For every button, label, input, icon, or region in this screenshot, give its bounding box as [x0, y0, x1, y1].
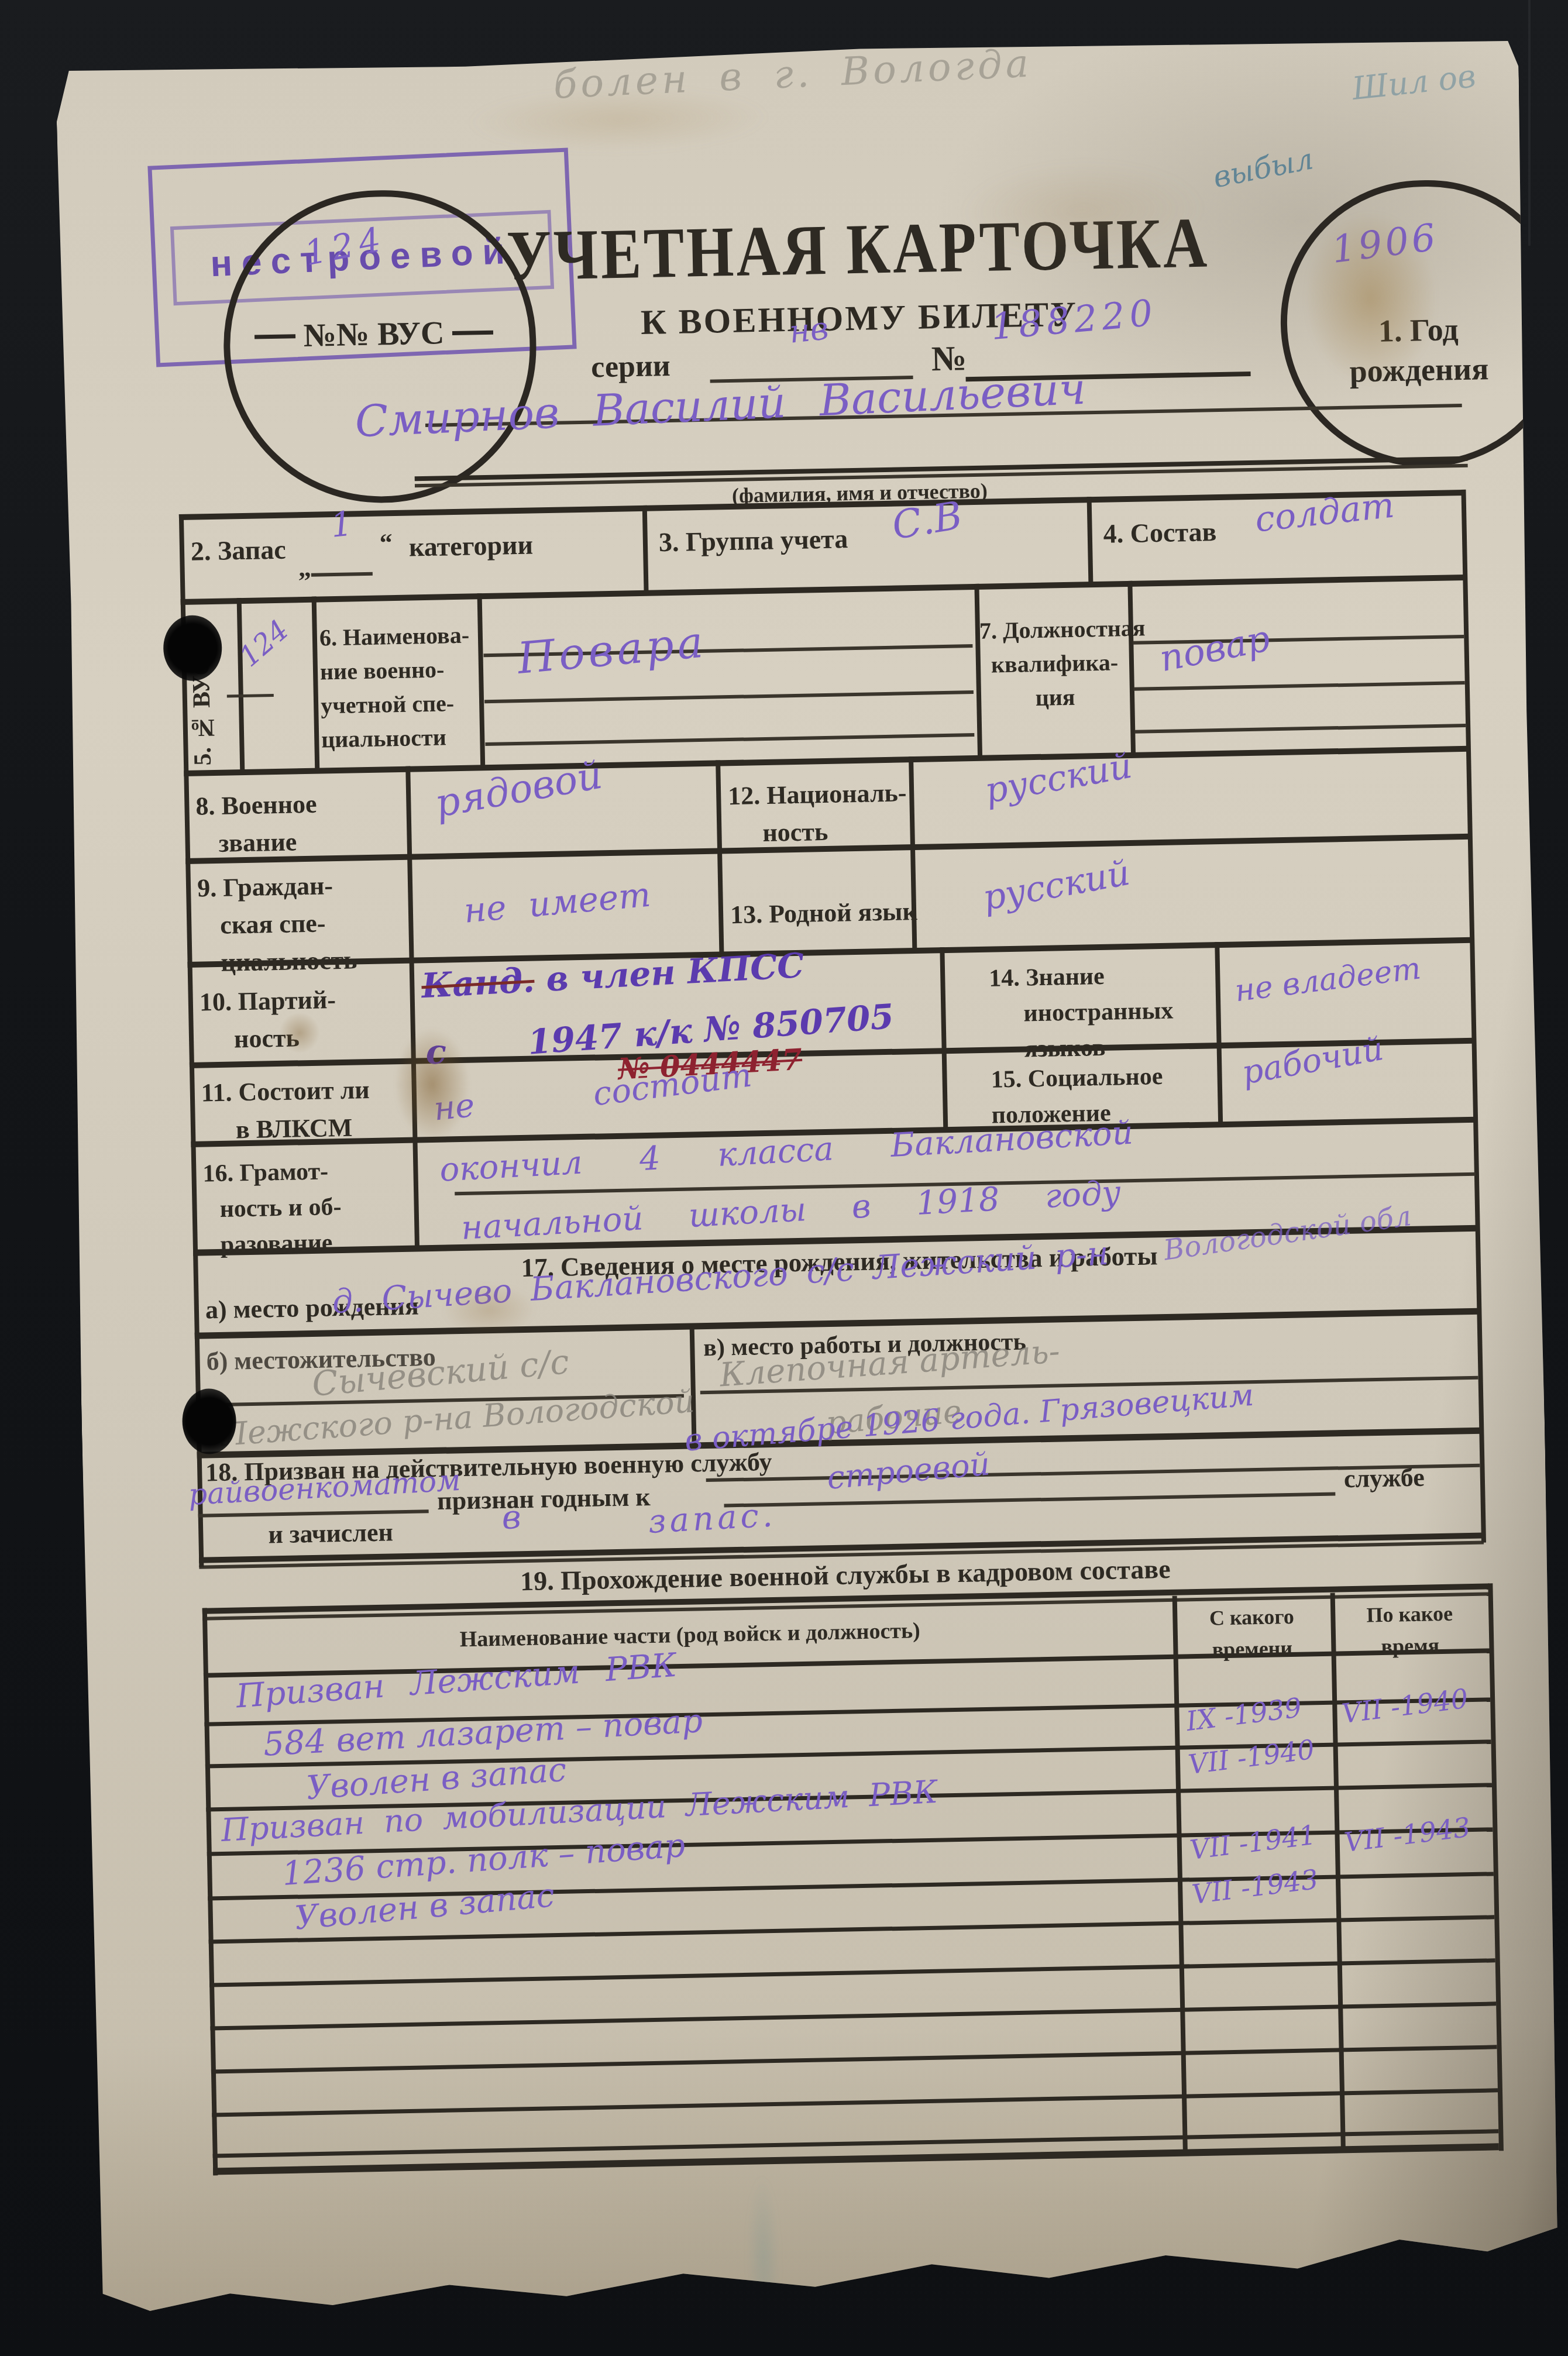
field9-label-line2: ская спе- [198, 904, 357, 944]
vus-dash-left [255, 334, 295, 339]
stain [745, 2173, 781, 2344]
section18-hand4: в [501, 1498, 521, 1537]
service-row-from: VII -1941 [1188, 1819, 1318, 1866]
field7-label-line3: ция [981, 679, 1130, 716]
field16-label: 16. Грамот- ность и об- разование [202, 1154, 342, 1263]
rule [940, 947, 948, 1129]
field11-value1-handwritten: не [432, 1086, 477, 1129]
rule [212, 2088, 1498, 2117]
field10-struck-word: Канд. [421, 960, 536, 1006]
vus-label: №№ ВУС [303, 314, 445, 355]
field2-quote-open: „ [298, 553, 311, 583]
section18-line2b: службе [1343, 1463, 1425, 1494]
field2-suffix: категории [408, 529, 533, 562]
field15-value-handwritten: рабочий [1239, 1030, 1387, 1092]
rule [237, 598, 245, 772]
card-paper: нестроевой болен в г. Вологда выбыл Шил … [56, 35, 1561, 2316]
section18-line3: и зачислен [268, 1517, 393, 1549]
section17-b-value2-pencil: Лежского р-на Вологодской [220, 1382, 696, 1453]
service-row-from: IX -1939 [1184, 1691, 1303, 1737]
rule [1172, 1596, 1188, 2152]
service-col2-header: С какого времени [1175, 1600, 1329, 1666]
year-label-line2: рождения [1290, 349, 1548, 390]
field9-label-line3: циальность [198, 941, 357, 982]
rule [210, 2001, 1496, 2030]
field12-label-line2: ность [728, 811, 907, 852]
field6-label-line1: 6. Наименова- [319, 618, 469, 655]
series-label: серии [591, 349, 671, 385]
field8-label-line1: 8. Военное [195, 786, 317, 826]
service-table-right-border [1488, 1583, 1504, 2151]
service-col1-header: Наименование части (род войск и должност… [209, 1613, 1172, 1657]
card-title: УЧЕТНАЯ КАРТОЧКА [418, 200, 1297, 299]
field16-label-line1: 16. Грамот- [202, 1154, 341, 1192]
field3-label: 3. Группа учета [658, 523, 848, 558]
field2-value-handwritten: 1 [329, 503, 355, 545]
field9-label-line1: 9. Граждан- [197, 866, 356, 907]
field14-label: 14. Знание иностранных языков [989, 958, 1174, 1068]
rule [1215, 942, 1223, 1123]
field13-value-handwritten: русский [980, 852, 1133, 919]
series-value-handwritten: нв [788, 309, 830, 350]
rule [311, 572, 373, 577]
field6-value-handwritten: Повара [515, 617, 709, 683]
service-row-from: VII -1943 [1190, 1863, 1320, 1910]
field14-label-line1: 14. Знание [989, 958, 1173, 997]
field11-label-line1: 11. Состоит ли [201, 1071, 370, 1112]
vus-label-row: №№ ВУС [236, 313, 511, 356]
field16-label-line2: ность и об- [203, 1189, 342, 1227]
field6-label-line3: учетной спе- [321, 686, 471, 723]
scanned-military-card-photo: { "stamp": { "text": "нестроевой" }, "an… [0, 0, 1568, 2356]
form-right-border [1461, 490, 1486, 1543]
field9-value-handwritten: не имеет [462, 875, 652, 931]
field12-label-line1: 12. Националь- [728, 774, 907, 815]
field6-label-line2: ние военно- [320, 652, 470, 689]
field11-label: 11. Состоит ли в ВЛКСМ [201, 1071, 370, 1149]
rule [484, 690, 974, 703]
field10-label-line2: ность [200, 1019, 336, 1058]
rule [198, 1509, 429, 1518]
service-table-left-border [202, 1608, 218, 2176]
blue-note-vybyl: выбыл [1211, 142, 1316, 194]
section18-line2: признан годным к [437, 1482, 651, 1516]
service-row-from: VII -1940 [1187, 1734, 1316, 1780]
service-col3-line2: время [1333, 1629, 1487, 1663]
background-seam [1528, 0, 1531, 246]
field2-quote-close: “ [379, 528, 393, 558]
field16-value1-handwritten: окончил 4 класса Баклановской [439, 1114, 1134, 1189]
rule [188, 937, 1473, 968]
pencil-top-note: болен в г. Вологда [552, 41, 1033, 108]
field10-value2a: с [425, 1031, 447, 1072]
rule [211, 2045, 1497, 2073]
field16-label-line3: разование [204, 1225, 342, 1263]
field7-value-handwritten: повар [1156, 617, 1273, 680]
rule [642, 505, 649, 593]
rule [485, 733, 974, 746]
field8-label: 8. Военное звание [195, 786, 318, 863]
rule [716, 760, 724, 953]
section18-hand3: строевой [826, 1445, 992, 1497]
blue-note-faint: Шил ов [1350, 57, 1477, 107]
field11-label-line2: в ВЛКСМ [201, 1109, 370, 1149]
rule [227, 694, 274, 698]
vus-dash-right [452, 330, 493, 335]
field6-label: 6. Наименова- ние военно- учетной спе- ц… [319, 618, 472, 757]
service-row-to: VII -1943 [1342, 1811, 1472, 1858]
field7-label-line2: квалифика- [979, 645, 1129, 682]
field2-label: 2. Запас [191, 534, 287, 567]
rule [724, 1492, 1335, 1507]
year-label-line1: 1. Год [1290, 309, 1548, 350]
rule [1134, 681, 1465, 691]
field6-label-line4: циальности [321, 720, 472, 757]
rule [405, 766, 419, 1249]
field14-label-line2: иностранных [989, 993, 1174, 1033]
service-col2-line1: С какого [1175, 1600, 1329, 1635]
rule [312, 597, 320, 771]
field14-value-handwritten: не владеет [1233, 951, 1423, 1009]
rule [209, 1958, 1495, 1987]
rule [1330, 1593, 1346, 2149]
field7-label: 7. Должностная квалифика- ция [979, 611, 1130, 716]
field10-label-line1: 10. Партий- [199, 981, 336, 1021]
field10-value1: в член КПСС [545, 945, 806, 999]
section18-hand5: запас. [647, 1496, 777, 1541]
service-col3-header: По какое время [1333, 1597, 1487, 1663]
service-col3-line1: По какое [1333, 1597, 1487, 1632]
service-row-to: VII -1940 [1340, 1683, 1470, 1729]
field4-label: 4. Состав [1103, 516, 1217, 549]
service-col2-line2: времени [1175, 1632, 1329, 1666]
field8-label-line2: звание [196, 823, 318, 862]
field15-label-line1: 15. Социальное [991, 1059, 1163, 1098]
service-row-name: 584 вет лазарет – повар [262, 1702, 703, 1764]
rule [1134, 724, 1466, 734]
field10-label: 10. Партий- ность [199, 981, 337, 1058]
field9-label: 9. Граждан- ская спе- циальность [197, 866, 357, 982]
rule [181, 575, 1466, 605]
field13-label: 13. Родной язык [730, 896, 918, 930]
rule [213, 2143, 1499, 2175]
service-row-name: Призван Лежским РВК [235, 1646, 678, 1716]
field8-value-handwritten: рядовой [432, 752, 606, 826]
rule [1087, 497, 1094, 584]
field7-label-line1: 7. Должностная [979, 611, 1129, 648]
field12-label: 12. Националь- ность [728, 774, 908, 852]
rule [477, 593, 486, 767]
